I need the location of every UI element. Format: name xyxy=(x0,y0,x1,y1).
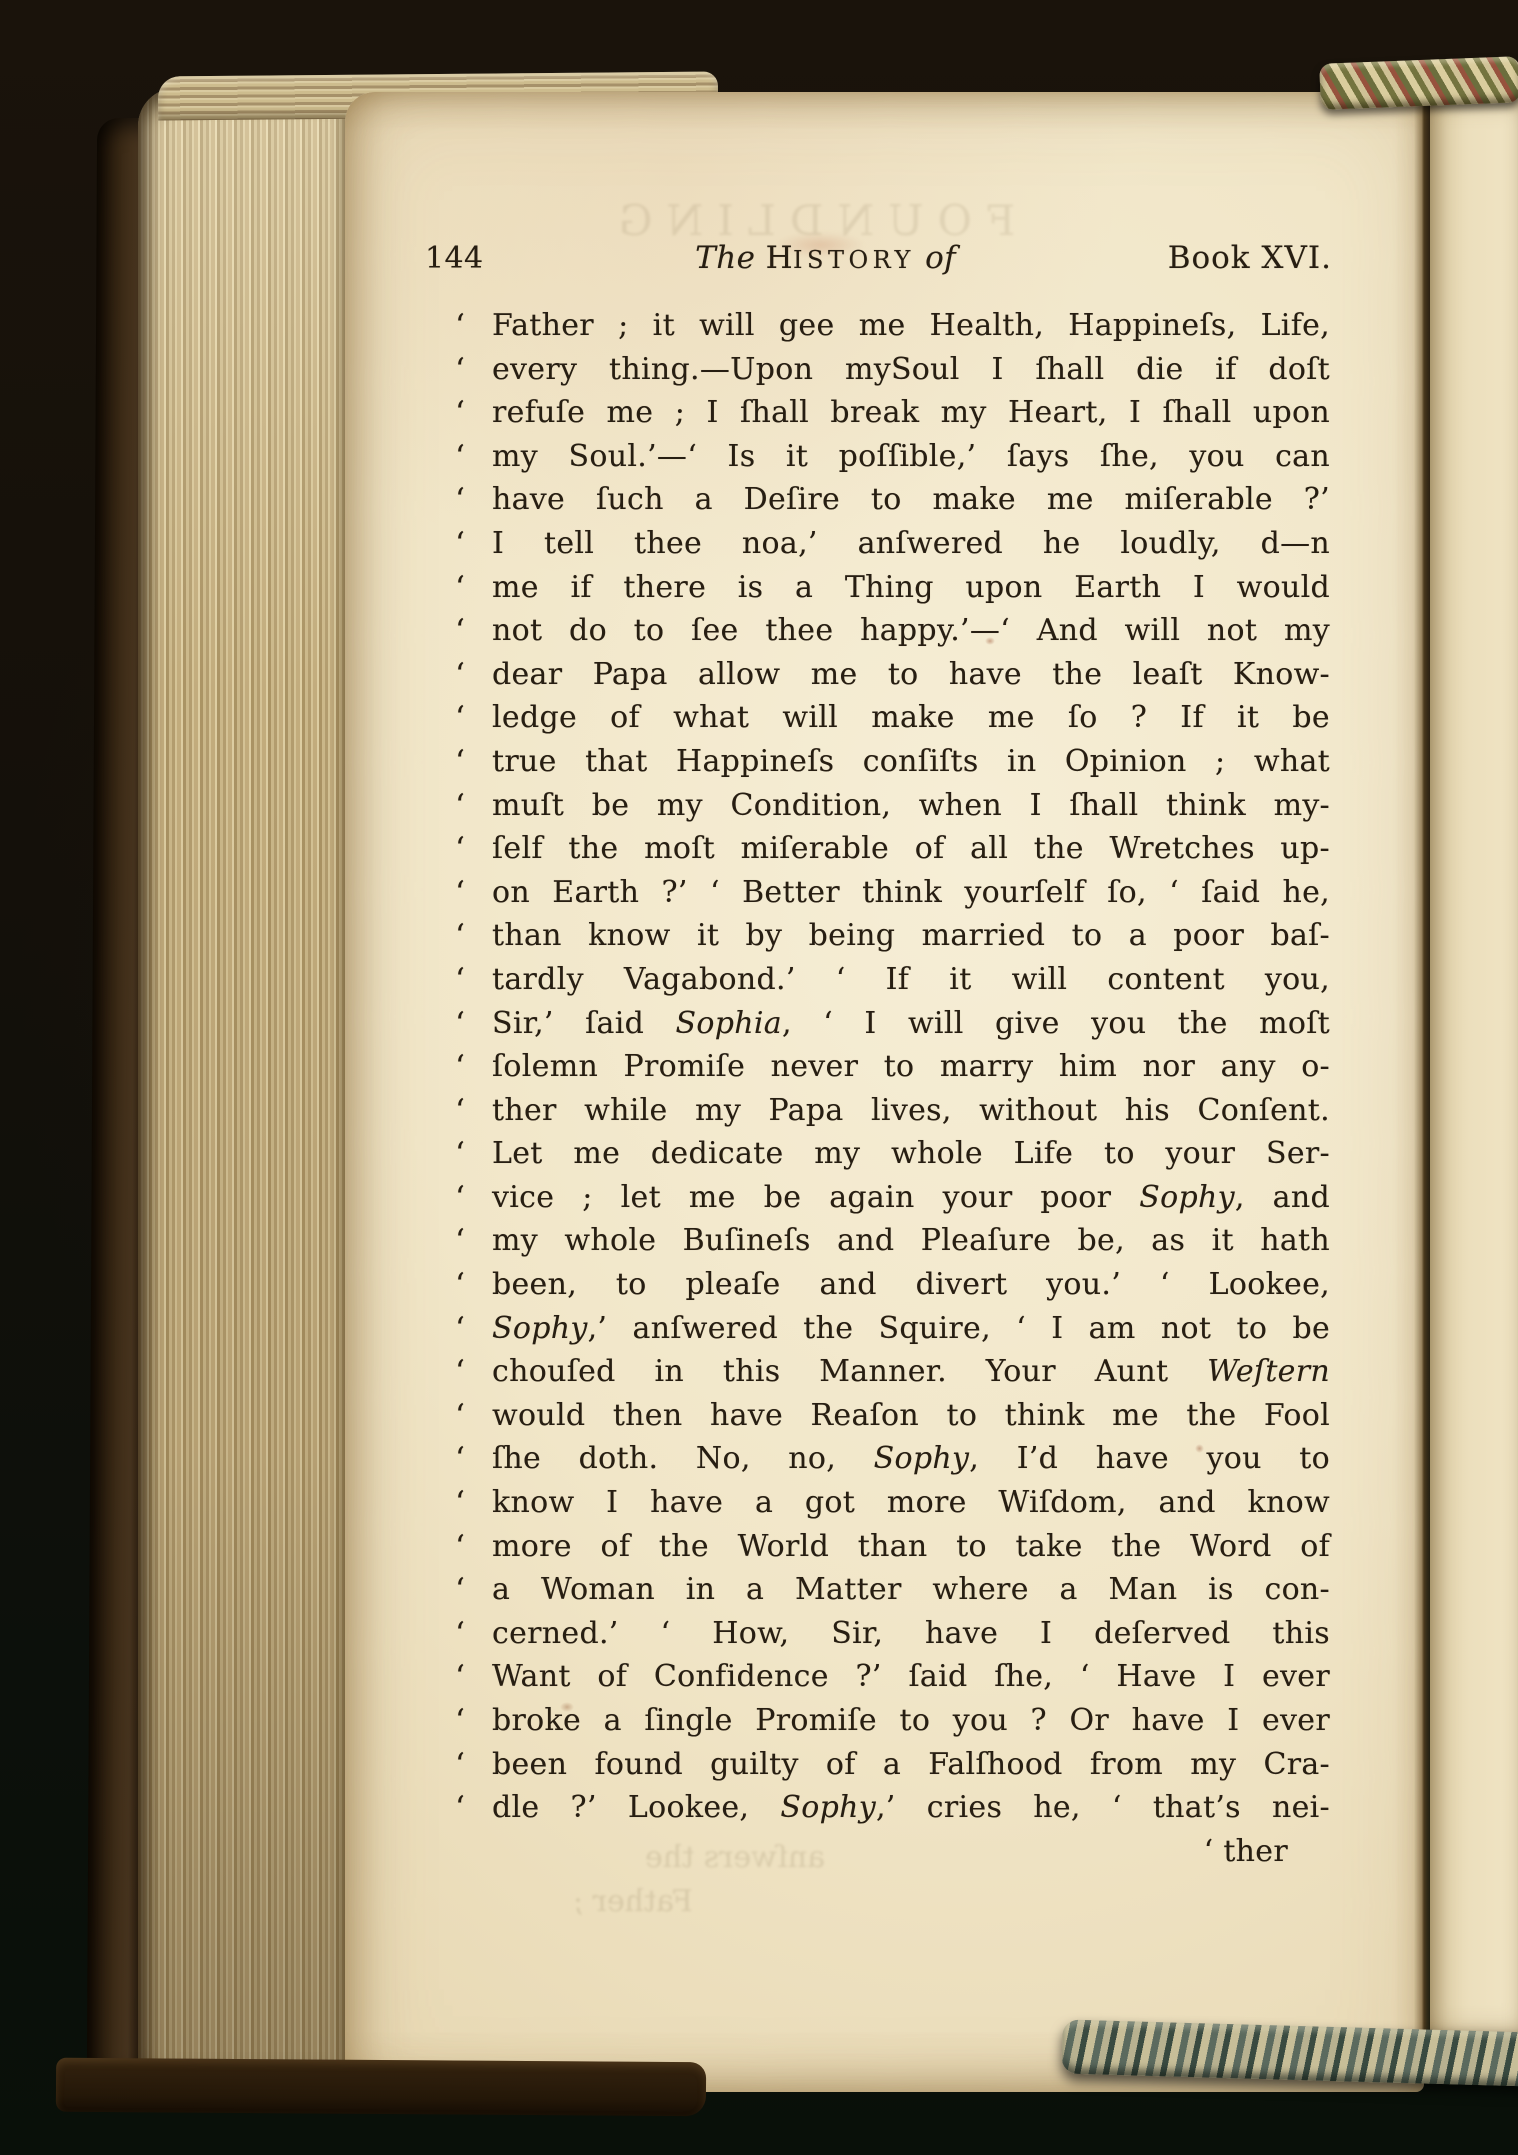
margin-quote-mark: ‘ xyxy=(455,1613,492,1657)
line-segment: more of the World than to take the Word … xyxy=(492,1529,1330,1564)
line-text: know I have a got more Wiſdom, and know xyxy=(492,1481,1330,1525)
margin-quote-mark: ‘ xyxy=(455,872,492,916)
text-line: ‘chouſed in this Manner. Your Aunt Weſte… xyxy=(455,1350,1330,1394)
text-line: ‘refuſe me ; I ſhall break my Heart, I ſ… xyxy=(455,391,1330,435)
line-segment: dear Papa allow me to have the leaſt Kno… xyxy=(492,657,1330,692)
line-text: ſolemn Promiſe never to marry him nor an… xyxy=(492,1045,1330,1089)
text-line: ‘ther while my Papa lives, without his C… xyxy=(455,1089,1330,1133)
margin-quote-mark: ‘ xyxy=(455,697,492,741)
italic-word: Weſtern xyxy=(1207,1354,1330,1389)
italic-word: Sophy xyxy=(874,1441,970,1476)
line-text: Want of Confidence ?’ ſaid ſhe, ‘ Have I… xyxy=(492,1655,1330,1699)
line-text: muſt be my Condition, when I ſhall think… xyxy=(492,784,1330,828)
line-segment: ſhe doth. No, no, xyxy=(492,1441,874,1476)
text-line: ‘been found guilty of a Falſhood from my… xyxy=(455,1743,1330,1787)
margin-quote-mark: ‘ xyxy=(455,1177,492,1221)
text-line: ‘on Earth ?’ ‘ Better think yourſelf ſo,… xyxy=(455,871,1330,915)
margin-quote-mark: ‘ xyxy=(455,349,492,393)
line-segment: ,’ anſwered the Squire, ‘ I am not to be xyxy=(588,1311,1330,1346)
line-text: ſelf the moſt miſerable of all the Wretc… xyxy=(492,827,1330,871)
text-line: ‘ledge of what will make me ſo ? If it b… xyxy=(455,696,1330,740)
text-line: ‘my whole Buſineſs and Pleaſure be, as i… xyxy=(455,1219,1330,1263)
text-line: ‘dle ?’ Lookee, Sophy,’ cries he, ‘ that… xyxy=(455,1786,1330,1830)
line-text: Father ; it will gee me Health, Happineſ… xyxy=(492,304,1330,348)
text-line: ‘ſelf the moſt miſerable of all the Wret… xyxy=(455,827,1330,871)
line-segment: vice ; let me be again your poor xyxy=(492,1180,1139,1215)
line-segment: ſelf the moſt miſerable of all the Wretc… xyxy=(492,831,1330,866)
line-segment: not do to ſee thee happy.’—‘ And will no… xyxy=(492,613,1330,648)
line-text: than know it by being married to a poor … xyxy=(492,914,1330,958)
margin-quote-mark: ‘ xyxy=(455,1133,492,1177)
line-segment: ſolemn Promiſe never to marry him nor an… xyxy=(492,1049,1330,1084)
text-line: ‘would then have Reaſon to think me the … xyxy=(455,1394,1330,1438)
line-segment: I tell thee noa,’ anſwered he loudly, d—… xyxy=(492,526,1330,561)
margin-quote-mark: ‘ xyxy=(455,436,492,480)
margin-quote-mark: ‘ xyxy=(455,654,492,698)
line-text: been found guilty of a Falſhood from my … xyxy=(492,1743,1330,1787)
line-text: true that Happineſs conſiſts in Opinion … xyxy=(492,740,1330,784)
margin-quote-mark: ‘ xyxy=(455,523,492,567)
margin-quote-mark: ‘ xyxy=(455,479,492,523)
line-text: refuſe me ; I ſhall break my Heart, I ſh… xyxy=(492,391,1330,435)
line-segment: ,’ cries he, ‘ that’s nei- xyxy=(876,1790,1330,1825)
text-line: ‘ſhe doth. No, no, Sophy, I’d have you t… xyxy=(455,1437,1330,1481)
margin-quote-mark: ‘ xyxy=(455,1220,492,1264)
line-text: ledge of what will make me ſo ? If it be xyxy=(492,696,1330,740)
ghost-text: Father ; xyxy=(573,1884,693,1919)
line-text: cerned.’ ‘ How, Sir, have I deſerved thi… xyxy=(492,1612,1330,1656)
text-line: ‘a Woman in a Matter where a Man is con- xyxy=(455,1568,1330,1612)
line-segment: been, to pleaſe and divert you.’ ‘ Looke… xyxy=(492,1267,1330,1302)
margin-quote-mark: ‘ xyxy=(455,1656,492,1700)
line-segment: true that Happineſs conſiſts in Opinion … xyxy=(492,744,1330,779)
margin-quote-mark: ‘ xyxy=(455,741,492,785)
line-segment: Want of Confidence ?’ ſaid ſhe, ‘ Have I… xyxy=(492,1659,1330,1694)
line-text: on Earth ?’ ‘ Better think yourſelf ſo, … xyxy=(492,871,1330,915)
line-segment: Sir,’ ſaid xyxy=(492,1006,676,1041)
margin-quote-mark: ‘ xyxy=(455,1438,492,1482)
body-lines: ‘Father ; it will gee me Health, Happine… xyxy=(455,304,1330,1830)
line-segment: my Soul.’—‘ Is it poſſible,’ ſays ſhe, y… xyxy=(492,439,1330,474)
margin-quote-mark: ‘ xyxy=(455,1526,492,1570)
line-segment: would then have Reaſon to think me the F… xyxy=(492,1398,1330,1433)
catchword: ‘ ther xyxy=(455,1830,1330,1874)
line-text: broke a ſingle Promiſe to you ? Or have … xyxy=(492,1699,1330,1743)
text-line: ‘my Soul.’—‘ Is it poſſible,’ ſays ſhe, … xyxy=(455,435,1330,479)
text-line: ‘cerned.’ ‘ How, Sir, have I deſerved th… xyxy=(455,1612,1330,1656)
italic-word: Sophia xyxy=(676,1006,782,1041)
line-text: my Soul.’—‘ Is it poſſible,’ ſays ſhe, y… xyxy=(492,435,1330,479)
page-number: 144 xyxy=(425,239,483,279)
margin-quote-mark: ‘ xyxy=(455,567,492,611)
book-photo: FOUNDLINGanſwers theFather ; 144 The HIS… xyxy=(0,0,1518,2155)
line-text: my whole Buſineſs and Pleaſure be, as it… xyxy=(492,1219,1330,1263)
margin-quote-mark: ‘ xyxy=(455,1569,492,1613)
line-segment: dle ?’ Lookee, xyxy=(492,1790,780,1825)
text-line: ‘Sir,’ ſaid Sophia, ‘ I will give you th… xyxy=(455,1002,1330,1046)
line-text: ther while my Papa lives, without his Co… xyxy=(492,1089,1330,1133)
margin-quote-mark: ‘ xyxy=(455,959,492,1003)
margin-quote-mark: ‘ xyxy=(455,1395,492,1439)
running-title-of: of xyxy=(925,240,956,276)
running-header: 144 The HISTORY of Book XVI. xyxy=(425,238,1332,282)
running-title-the: The xyxy=(695,240,755,276)
text-line: ‘Let me dedicate my whole Life to your S… xyxy=(455,1132,1330,1176)
text-line: ‘vice ; let me be again your poor Sophy,… xyxy=(455,1176,1330,1220)
text-line: ‘dear Papa allow me to have the leaſt Kn… xyxy=(455,653,1330,697)
text-line: ‘tardly Vagabond.’ ‘ If it will content … xyxy=(455,958,1330,1002)
line-text: more of the World than to take the Word … xyxy=(492,1525,1330,1569)
line-text: have ſuch a Deſire to make me miſerable … xyxy=(492,478,1330,522)
margin-quote-mark: ‘ xyxy=(455,1700,492,1744)
margin-quote-mark: ‘ xyxy=(455,915,492,959)
margin-quote-mark: ‘ xyxy=(455,1003,492,1047)
line-text: I tell thee noa,’ anſwered he loudly, d—… xyxy=(492,522,1330,566)
margin-quote-mark: ‘ xyxy=(455,1264,492,1308)
line-segment: chouſed in this Manner. Your Aunt xyxy=(492,1354,1207,1389)
line-segment: me if there is a Thing upon Earth I woul… xyxy=(492,570,1330,605)
text-line: ‘muſt be my Condition, when I ſhall thin… xyxy=(455,784,1330,828)
line-text: would then have Reaſon to think me the F… xyxy=(492,1394,1330,1438)
line-text: Sir,’ ſaid Sophia, ‘ I will give you the… xyxy=(492,1002,1330,1046)
line-segment: broke a ſingle Promiſe to you ? Or have … xyxy=(492,1703,1330,1738)
text-line: ‘ſolemn Promiſe never to marry him nor a… xyxy=(455,1045,1330,1089)
line-text: dle ?’ Lookee, Sophy,’ cries he, ‘ that’… xyxy=(492,1786,1330,1830)
line-segment: tardly Vagabond.’ ‘ If it will content y… xyxy=(492,962,1330,997)
book-label: Book XVI. xyxy=(1168,238,1332,278)
margin-quote-mark: ‘ xyxy=(455,1308,492,1352)
text-line: ‘than know it by being married to a poor… xyxy=(455,914,1330,958)
line-segment: ledge of what will make me ſo ? If it be xyxy=(492,700,1330,735)
line-text: Sophy,’ anſwered the Squire, ‘ I am not … xyxy=(492,1307,1330,1351)
headband-top xyxy=(1319,56,1518,110)
text-line: ‘more of the World than to take the Word… xyxy=(455,1525,1330,1569)
text-line: ‘been, to pleaſe and divert you.’ ‘ Look… xyxy=(455,1263,1330,1307)
italic-word: Sophy xyxy=(780,1790,876,1825)
line-text: Let me dedicate my whole Life to your Se… xyxy=(492,1132,1330,1176)
text-line: ‘broke a ſingle Promiſe to you ? Or have… xyxy=(455,1699,1330,1743)
margin-quote-mark: ‘ xyxy=(455,305,492,349)
line-segment: have ſuch a Deſire to make me miſerable … xyxy=(492,482,1330,517)
line-text: not do to ſee thee happy.’—‘ And will no… xyxy=(492,609,1330,653)
line-text: a Woman in a Matter where a Man is con- xyxy=(492,1568,1330,1612)
text-line: ‘Sophy,’ anſwered the Squire, ‘ I am not… xyxy=(455,1307,1330,1351)
margin-quote-mark: ‘ xyxy=(455,392,492,436)
line-segment: than know it by being married to a poor … xyxy=(492,918,1330,953)
text-line: ‘not do to ſee thee happy.’—‘ And will n… xyxy=(455,609,1330,653)
text-line: ‘have ſuch a Deſire to make me miſerable… xyxy=(455,478,1330,522)
page-stack-fore-edge xyxy=(138,88,352,2094)
line-text: ſhe doth. No, no, Sophy, I’d have you to xyxy=(492,1437,1330,1481)
margin-quote-mark: ‘ xyxy=(455,1090,492,1134)
line-text: every thing.—Upon mySoul I ſhall die if … xyxy=(492,348,1330,392)
italic-word: Sophy xyxy=(492,1311,588,1346)
text-line: ‘know I have a got more Wiſdom, and know xyxy=(455,1481,1330,1525)
line-text: chouſed in this Manner. Your Aunt Weſter… xyxy=(492,1350,1330,1394)
margin-quote-mark: ‘ xyxy=(455,1351,492,1395)
margin-quote-mark: ‘ xyxy=(455,1482,492,1526)
margin-quote-mark: ‘ xyxy=(455,1046,492,1090)
margin-quote-mark: ‘ xyxy=(455,1744,492,1788)
line-segment: ther while my Papa lives, without his Co… xyxy=(492,1093,1330,1128)
text-line: ‘every thing.—Upon mySoul I ſhall die if… xyxy=(455,348,1330,392)
running-title-history-rest: ISTORY xyxy=(793,246,915,274)
margin-quote-mark: ‘ xyxy=(455,828,492,872)
line-text: dear Papa allow me to have the leaſt Kno… xyxy=(492,653,1330,697)
running-title-history-initial: H xyxy=(766,240,793,276)
margin-quote-mark: ‘ xyxy=(455,610,492,654)
line-text: me if there is a Thing upon Earth I woul… xyxy=(492,566,1330,610)
line-segment: on Earth ?’ ‘ Better think yourſelf ſo, … xyxy=(492,875,1330,910)
line-segment: , I’d have you to xyxy=(969,1441,1330,1476)
line-text: been, to pleaſe and divert you.’ ‘ Looke… xyxy=(492,1263,1330,1307)
text-line: ‘I tell thee noa,’ anſwered he loudly, d… xyxy=(455,522,1330,566)
text-line: ‘Father ; it will gee me Health, Happine… xyxy=(455,304,1330,348)
line-segment: my whole Buſineſs and Pleaſure be, as it… xyxy=(492,1223,1330,1258)
text-line: ‘me if there is a Thing upon Earth I wou… xyxy=(455,566,1330,610)
book-cover-bottom-edge xyxy=(56,2058,706,2117)
margin-quote-mark: ‘ xyxy=(455,1787,492,1831)
running-title: The HISTORY of xyxy=(483,238,1167,280)
line-segment: know I have a got more Wiſdom, and know xyxy=(492,1485,1330,1520)
line-segment: muſt be my Condition, when I ſhall think… xyxy=(492,788,1330,823)
line-segment: , ‘ I will give you the moſt xyxy=(782,1006,1330,1041)
line-segment: , and xyxy=(1235,1180,1330,1215)
line-segment: been found guilty of a Falſhood from my … xyxy=(492,1747,1330,1782)
italic-word: Sophy xyxy=(1139,1180,1235,1215)
line-segment: Let me dedicate my whole Life to your Se… xyxy=(492,1136,1330,1171)
text-line: ‘Want of Confidence ?’ ſaid ſhe, ‘ Have … xyxy=(455,1655,1330,1699)
line-segment: cerned.’ ‘ How, Sir, have I deſerved thi… xyxy=(492,1616,1330,1651)
book-page: FOUNDLINGanſwers theFather ; 144 The HIS… xyxy=(345,92,1424,2092)
margin-quote-mark: ‘ xyxy=(455,785,492,829)
line-text: vice ; let me be again your poor Sophy, … xyxy=(492,1176,1330,1220)
line-segment: every thing.—Upon mySoul I ſhall die if … xyxy=(492,352,1330,387)
line-text: tardly Vagabond.’ ‘ If it will content y… xyxy=(492,958,1330,1002)
line-segment: Father ; it will gee me Health, Happineſ… xyxy=(492,308,1330,343)
facing-page-edge xyxy=(1430,96,1518,2038)
text-block: ‘Father ; it will gee me Health, Happine… xyxy=(455,304,1330,1873)
text-line: ‘true that Happineſs conſiſts in Opinion… xyxy=(455,740,1330,784)
line-segment: a Woman in a Matter where a Man is con- xyxy=(492,1572,1330,1607)
line-segment: refuſe me ; I ſhall break my Heart, I ſh… xyxy=(492,395,1330,430)
